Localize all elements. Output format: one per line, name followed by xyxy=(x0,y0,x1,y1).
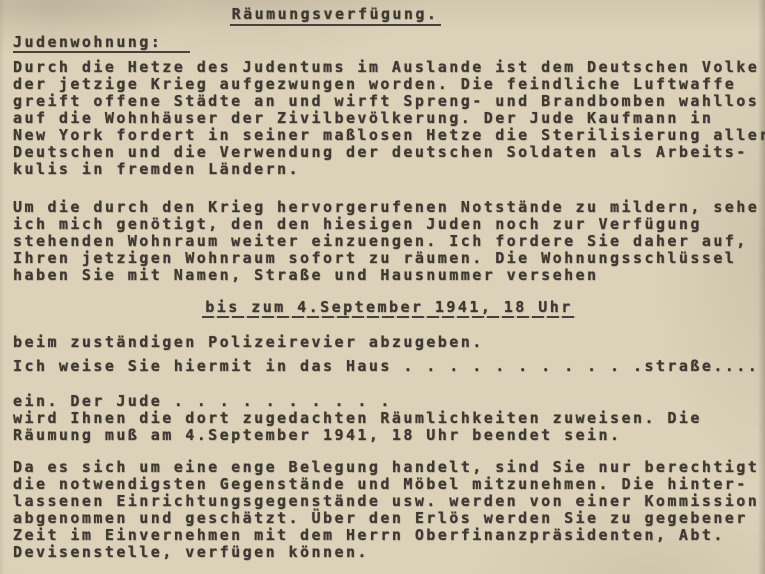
deadline-row: bis zum 4.September 1941, 18 Uhr xyxy=(13,299,765,319)
paragraph-eviction-order: Um die durch den Krieg hervorgerufenen N… xyxy=(13,199,765,284)
addressee-row: Judenwohnung: xyxy=(13,34,765,53)
paragraph-police-station: beim zuständigen Polizeirevier abzugeben… xyxy=(13,334,765,351)
paragraph-room-assignment: ein. Der Jude . . . . . . . . . . wird I… xyxy=(13,393,765,444)
deadline-line: bis zum 4.September 1941, 18 Uhr xyxy=(205,299,572,319)
paragraph-house-assignment: Ich weise Sie hiermit in das Haus . . . … xyxy=(13,358,765,375)
paragraph-propaganda: Durch die Hetze des Judentums im Ausland… xyxy=(13,59,765,178)
addressee-label: Judenwohnung: xyxy=(13,34,190,53)
document-page: Räumungsverfügung. Judenwohnung: Durch d… xyxy=(0,0,765,574)
paragraph-belongings: Da es sich um eine enge Belegung handelt… xyxy=(13,459,765,561)
document-title: Räumungsverfügung. xyxy=(230,6,442,26)
title-row: Räumungsverfügung. xyxy=(13,6,658,26)
